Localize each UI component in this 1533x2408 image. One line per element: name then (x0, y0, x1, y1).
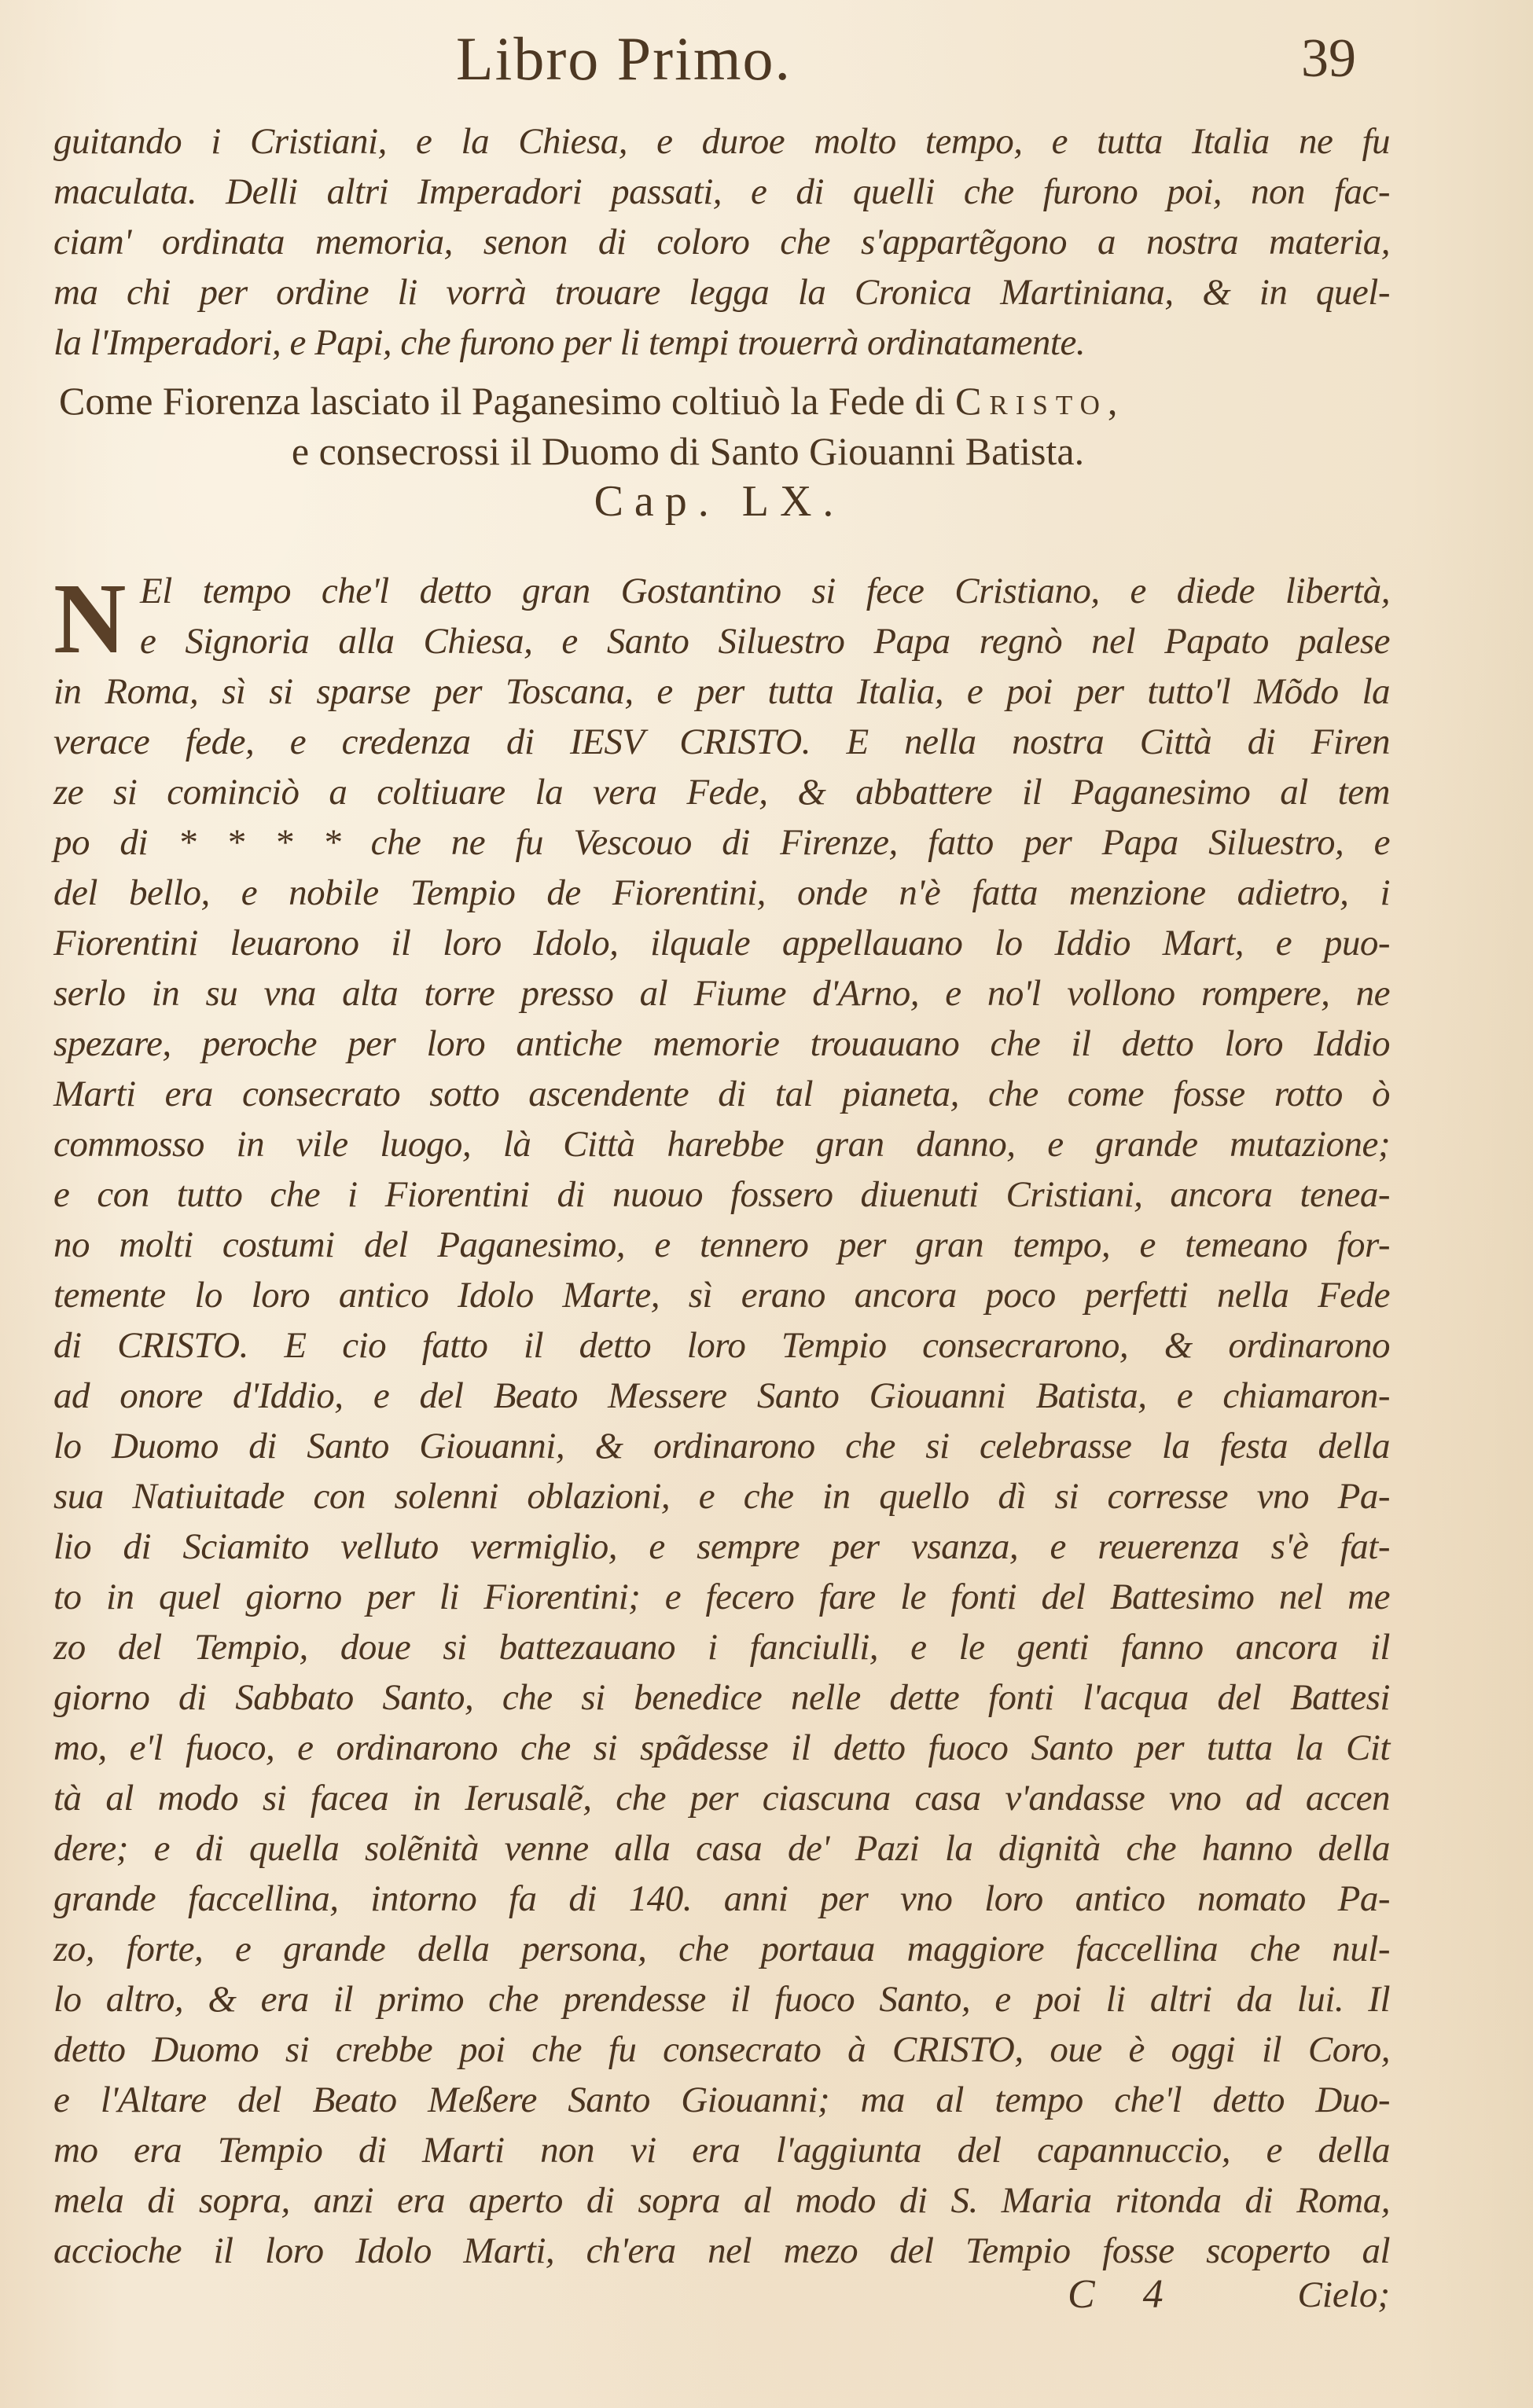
running-title: Libro Primo. (456, 24, 792, 94)
text-line: lo altro, & era il primo che prendesse i… (53, 1974, 1390, 2024)
text-line: e l'Altare del Beato Meßere Santo Giouan… (53, 2075, 1390, 2125)
text-line: verace fede, e credenza di IESV CRISTO. … (53, 717, 1390, 767)
text-line: dere; e di quella solẽnità venne alla ca… (53, 1823, 1390, 1874)
text-line: serlo in su vna alta torre presso al Fiu… (53, 968, 1390, 1019)
text-line: mo era Tempio di Marti non vi era l'aggi… (53, 2125, 1390, 2175)
chapter-title-caps: Cristo, (955, 379, 1125, 423)
text-line: e con tutto che i Fiorentini di nuouo fo… (53, 1169, 1390, 1220)
text-line: la l'Imperadori, e Papi, che furono per … (53, 318, 1390, 368)
chapter-title-text: Come Fiorenza lasciato il Paganesimo col… (59, 379, 946, 423)
intro-paragraph: guitando i Cristiani, e la Chiesa, e dur… (53, 116, 1390, 368)
text-line: tà al modo si facea in Ierusalẽ, che per… (53, 1773, 1390, 1823)
text-line: mo, e'l fuoco, e ordinarono che si spãde… (53, 1723, 1390, 1773)
drop-cap-letter: N (53, 572, 126, 665)
catchword: Cielo; (1298, 2270, 1390, 2320)
chapter-heading: Come Fiorenza lasciato il Paganesimo col… (0, 376, 1533, 527)
chapter-title-line-1: Come Fiorenza lasciato il Paganesimo col… (0, 376, 1533, 426)
text-line: detto Duomo si crebbe poi che fu consecr… (53, 2024, 1390, 2075)
text-line: lio di Sciamito velluto vermiglio, e sem… (53, 1522, 1390, 1572)
text-line: ma chi per ordine li vorrà trouare legga… (53, 267, 1390, 318)
text-line: no molti costumi del Paganesimo, e tenne… (53, 1220, 1390, 1270)
text-line: ciam' ordinata memoria, senon di coloro … (53, 217, 1390, 267)
text-line: Marti era consecrato sotto ascendente di… (53, 1069, 1390, 1119)
chapter-title-line-2: e consecrossi il Duomo di Santo Giouanni… (0, 426, 1533, 476)
text-line: grande faccellina, intorno fa di 140. an… (53, 1874, 1390, 1924)
page-number: 39 (1301, 24, 1356, 94)
text-line: mela di sopra, anzi era aperto di sopra … (53, 2175, 1390, 2226)
drop-cap-block: N El tempo che'l detto gran Gostantino s… (53, 566, 1390, 666)
text-line: spezare, peroche per loro antiche memori… (53, 1019, 1390, 1069)
text-line: ad onore d'Iddio, e del Beato Messere Sa… (53, 1371, 1390, 1421)
chapter-number: Cap. LX. (0, 476, 1533, 527)
text-line: Fiorentini leuarono il loro Idolo, ilqua… (53, 918, 1390, 968)
text-line: lo Duomo di Santo Giouanni, & ordinarono… (53, 1421, 1390, 1471)
text-line: commosso in vile luogo, là Città harebbe… (53, 1119, 1390, 1169)
text-line: guitando i Cristiani, e la Chiesa, e dur… (53, 116, 1390, 167)
text-line: maculata. Delli altri Imperadori passati… (53, 167, 1390, 217)
text-line: zo, forte, e grande della persona, che p… (53, 1924, 1390, 1974)
chapter-body: N El tempo che'l detto gran Gostantino s… (53, 566, 1390, 2276)
text-line: ze si cominciò a coltiuare la vera Fede,… (53, 767, 1390, 817)
text-line: accioche il loro Idolo Marti, ch'era nel… (53, 2226, 1390, 2276)
text-line: in Roma, sì si sparse per Toscana, e per… (53, 666, 1390, 717)
book-page: Libro Primo. 39 guitando i Cristiani, e … (0, 0, 1533, 2408)
text-line: di CRISTO. E cio fatto il detto loro Tem… (53, 1320, 1390, 1371)
page-footer: C 4 Cielo; (53, 2270, 1390, 2320)
signature-mark: C 4 (1068, 2270, 1182, 2320)
running-head: Libro Primo. 39 (0, 24, 1533, 94)
text-line: zo del Tempio, doue si battezauano i fan… (53, 1622, 1390, 1672)
text-line: del bello, e nobile Tempio de Fiorentini… (53, 868, 1390, 918)
text-line: El tempo che'l detto gran Gostantino si … (53, 566, 1390, 616)
text-line: e Signoria alla Chiesa, e Santo Siluestr… (53, 616, 1390, 666)
text-line: giorno di Sabbato Santo, che si benedice… (53, 1672, 1390, 1723)
text-line: to in quel giorno per li Fiorentini; e f… (53, 1572, 1390, 1622)
text-line: po di * * * * che ne fu Vescouo di Firen… (53, 817, 1390, 868)
text-line: sua Natiuitade con solenni oblazioni, e … (53, 1471, 1390, 1522)
text-line: temente lo loro antico Idolo Marte, sì e… (53, 1270, 1390, 1320)
